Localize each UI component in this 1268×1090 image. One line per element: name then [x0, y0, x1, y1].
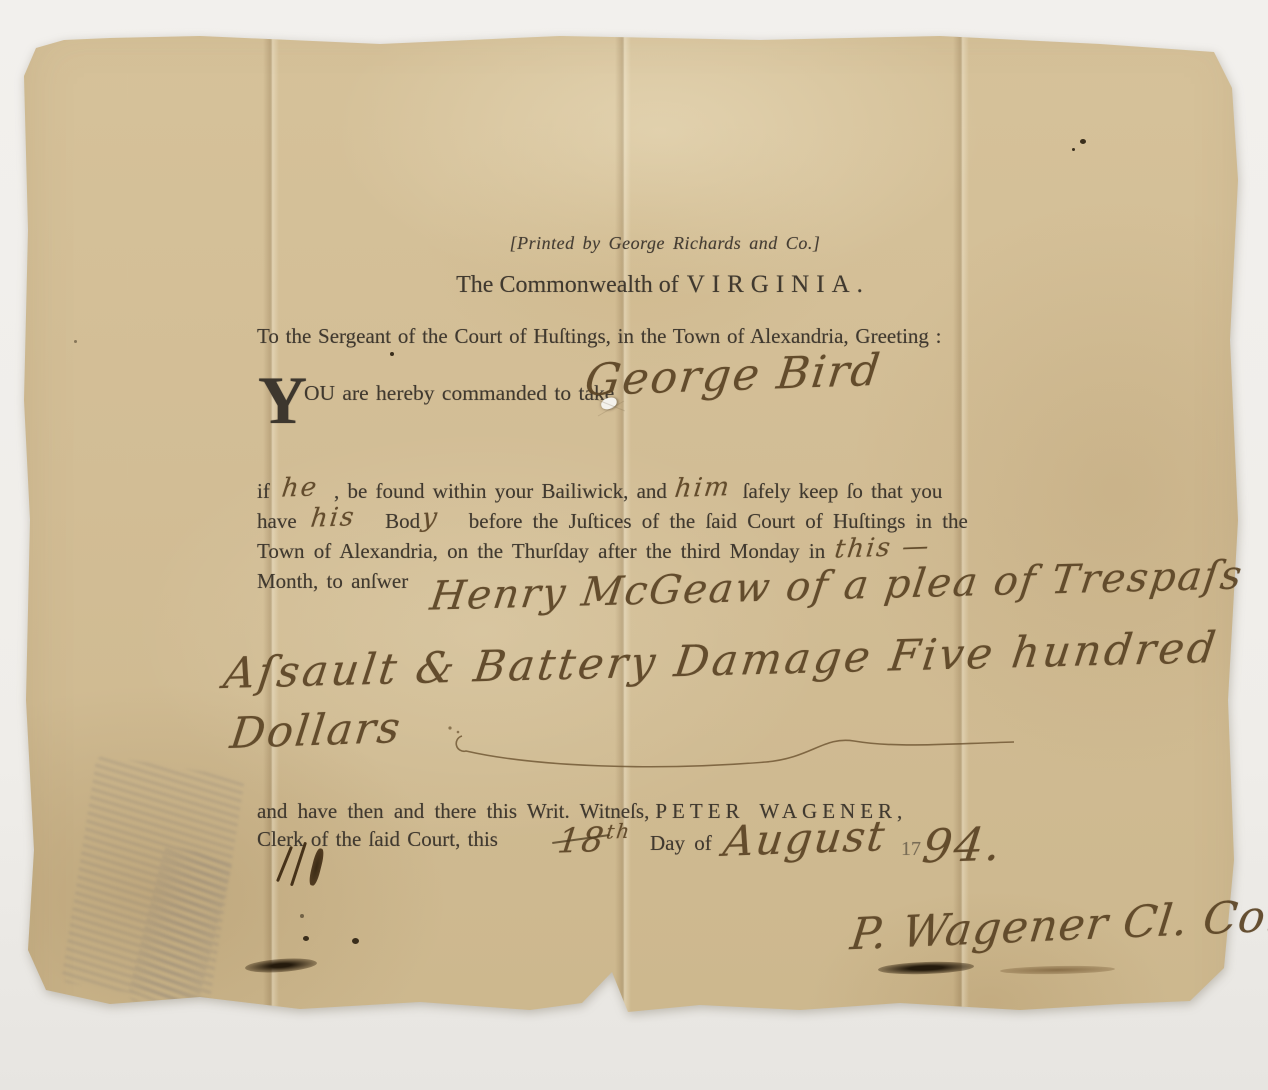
charge-handwritten: Aſsault & Battery Damage Five hundred	[221, 623, 1221, 699]
day-suffix: th	[605, 819, 633, 844]
ink-smear	[1000, 965, 1115, 975]
handwritten-word: his	[311, 517, 356, 519]
amount-handwritten: Dollars	[227, 703, 404, 759]
defendant-name-handwritten: George Bird	[582, 345, 884, 406]
document-text: [Printed by George Richards and Co.] The…	[0, 0, 1268, 1090]
salutation-line: To the Sergeant of the Court of Huſtings…	[257, 324, 942, 349]
ink-smear	[878, 960, 974, 975]
printer-credit: [Printed by George Richards and Co.]	[510, 233, 821, 254]
body-text: Town of Alexandria, on the Thurſday afte…	[257, 539, 825, 563]
year-printed-prefix: 17	[901, 838, 921, 861]
ink-speck	[300, 914, 304, 918]
closing-line-2: Clerk of the ſaid Court, this	[257, 827, 498, 852]
body-text: have	[257, 509, 297, 533]
month-handwritten: August	[721, 811, 890, 866]
year-handwritten: 94.	[919, 817, 1005, 874]
handwritten-word: y	[422, 518, 439, 519]
clerk-signature: P. Wagener Cl. Co.	[848, 891, 1268, 961]
body-line-2: havehisBodybefore the Juſtices of the ſa…	[257, 506, 1102, 536]
handwritten-word: this —	[835, 546, 931, 549]
handwritten-word: he	[282, 487, 318, 488]
ink-speck	[352, 938, 359, 944]
body-text: Month, to anſwer	[257, 569, 408, 593]
command-line: OU are hereby commanded to take	[304, 381, 614, 406]
body-text: Bod	[385, 509, 420, 533]
ink-flourish	[428, 722, 1028, 777]
title-state: VIRGINIA.	[687, 271, 870, 298]
document-title: The Commonwealth ofVIRGINIA.	[456, 271, 870, 299]
body-text: if	[257, 479, 270, 503]
document-scan: [Printed by George Richards and Co.] The…	[0, 0, 1268, 1090]
ink-speck	[303, 936, 309, 941]
handwritten-word: him	[675, 487, 731, 489]
body-text: , be found within your Bailiwick, and	[334, 479, 667, 503]
body-line-1: ifhe, be found within your Bailiwick, an…	[257, 476, 1102, 506]
title-prefix: The Commonwealth of	[456, 272, 679, 298]
body-text: before the Juſtices of the ſaid Court of…	[469, 509, 968, 533]
body-text: ſafely keep ſo that you	[743, 479, 943, 503]
dropcap-letter: Y	[258, 366, 307, 434]
ink-smear	[245, 957, 318, 975]
ink-mark	[308, 847, 326, 886]
day-of-label: Day of	[650, 831, 712, 856]
